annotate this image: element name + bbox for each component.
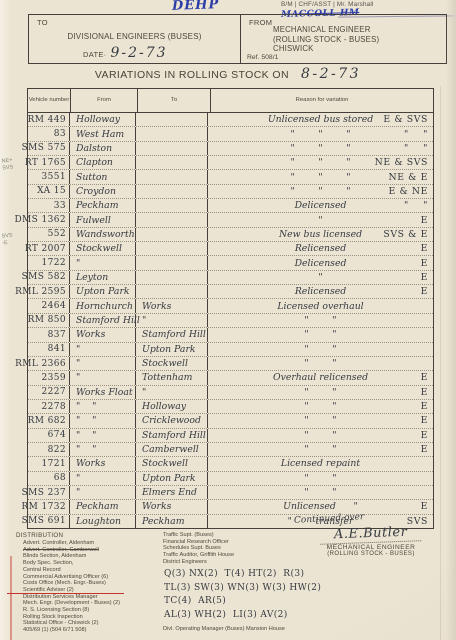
distribution-item: Traffic Auditor, Griffith House	[163, 552, 303, 559]
reason-cell: RelicensedE	[208, 285, 433, 298]
ref-number: Ref. 508/1	[247, 54, 278, 61]
reason-text: " "	[304, 444, 336, 455]
from-label: FROM	[249, 18, 272, 27]
to-cell	[136, 142, 208, 155]
vehicle-number-cell: RML 2366	[28, 357, 70, 370]
reason-cell: DelicensedE	[208, 256, 433, 269]
to-cell: Works	[136, 299, 208, 312]
variation-code: " "	[404, 129, 428, 140]
table-row: RM 682" "Cricklewood" "E	[28, 414, 433, 428]
reason-cell: " "	[208, 357, 433, 370]
reason-text: " "	[304, 430, 336, 441]
table-row: 68"Upton Park" "	[28, 472, 433, 486]
distribution-item: Commercial Advertising Officer (6)	[16, 574, 166, 581]
reason-text: Licensed repaint	[281, 458, 360, 469]
to-cell: Tottenham	[136, 371, 208, 384]
variation-code: E	[421, 444, 428, 455]
garage-code-line: Q(3) NX(2) T(4) HT(2) R(3)	[164, 568, 324, 582]
reason-text: " "	[304, 315, 336, 326]
from-cell: Works	[70, 457, 136, 470]
from-cell: "	[70, 371, 136, 384]
reason-cell: " " "E & NE	[208, 185, 433, 198]
table-row: 1721WorksStockwellLicensed repaint	[28, 457, 433, 471]
to-cell	[136, 156, 208, 169]
reason-cell: " "	[208, 486, 433, 499]
reason-text: " "	[304, 473, 336, 484]
reason-text: "	[318, 272, 322, 283]
reason-text: " "	[304, 358, 336, 369]
table-row: DMS 1362Fulwell"E	[28, 213, 433, 227]
variation-code: " "	[404, 200, 428, 211]
table-row: RM 1732PeckhamWorksUnlicensed "E	[28, 500, 433, 514]
vehicle-number-cell: SMS 237	[28, 486, 70, 499]
from-cell: "	[70, 256, 136, 269]
table-row: 841"Upton Park" "	[28, 343, 433, 357]
from-cell: Leyton	[70, 271, 136, 284]
distribution-item: Central Record	[16, 567, 166, 574]
from-cell: Hornchurch	[70, 299, 136, 312]
variation-code: E & NE	[389, 186, 429, 197]
to-cell: Stamford Hill	[136, 328, 208, 341]
vehicle-number-cell: 2227	[28, 386, 70, 399]
reason-cell: " "	[208, 328, 433, 341]
date-label: DATE·	[83, 50, 106, 59]
form-title-row: VARIATIONS IN ROLLING STOCK ON 8-2-73	[0, 66, 456, 82]
variation-code: E	[421, 372, 428, 383]
distribution-item: R. S. Licensing Section (8)	[16, 607, 166, 614]
table-row: RML 2595Upton ParkRelicensedE	[28, 285, 433, 299]
from-section: FROM MECHANICAL ENGINEER (ROLLING STOCK …	[241, 15, 446, 63]
vehicle-number-cell: 822	[28, 443, 70, 456]
table-row: 822" "Camberwell" "E	[28, 443, 433, 457]
from-line: (ROLLING STOCK - BUSES)	[273, 35, 379, 45]
reason-text: " " "	[290, 172, 350, 183]
reason-cell: " " "" "	[208, 127, 433, 140]
to-cell	[136, 242, 208, 255]
distribution-item: Schedules Supt. Buses	[163, 545, 303, 552]
signature-subtitle: (ROLLING STOCK - BUSES)	[296, 551, 446, 557]
to-cell	[136, 127, 208, 140]
reason-text: " "	[304, 387, 336, 398]
distribution-item: Body Spec. Section,	[16, 560, 166, 567]
to-cell: Elmers End	[136, 486, 208, 499]
from-line: CHISWICK	[273, 44, 379, 54]
distribution-item: Financial Research Officer	[163, 539, 303, 546]
garage-code-line: TC(4) AR(5)	[164, 595, 324, 609]
vehicle-number-cell: 674	[28, 429, 70, 442]
to-cell	[136, 199, 208, 212]
to-cell: Holloway	[136, 400, 208, 413]
distribution-item: Statistical Office - Chiswick (2)	[16, 620, 166, 627]
reason-cell: Overhaul relicensedE	[208, 371, 433, 384]
variation-code: E	[421, 286, 428, 297]
distribution-item: Blinds Section, Aldenham	[16, 553, 166, 560]
reason-cell: "E	[208, 213, 433, 226]
to-label: TO	[37, 18, 48, 27]
from-cell: " "	[70, 429, 136, 442]
reason-cell: "E	[208, 271, 433, 284]
reason-cell: " "	[208, 472, 433, 485]
vehicle-number-cell: RT 1765	[28, 156, 70, 169]
garage-codes: Q(3) NX(2) T(4) HT(2) R(3)TL(3) SW(3) WN…	[164, 568, 324, 622]
to-cell	[136, 113, 208, 126]
vehicle-number-cell: 837	[28, 328, 70, 341]
column-header-from: From	[71, 89, 138, 112]
variation-code: E	[421, 272, 428, 283]
distribution-list-left: Advert. Controller, AldenhamAdvert. Cont…	[16, 540, 166, 634]
rolling-stock-table: Vehicle number From To Reason for variat…	[27, 88, 434, 529]
reason-text: Overhaul relicensed	[273, 372, 368, 383]
reason-text: " "	[304, 344, 336, 355]
reason-text: " "	[304, 401, 336, 412]
distribution-item: Advert. Controller, Aldenham	[16, 540, 166, 547]
distribution-item: Costs Office (Mech. Engr.-Buses)	[16, 580, 166, 587]
to-value: DIVISIONAL ENGINEERS (BUSES)	[29, 32, 240, 41]
vehicle-number-cell: 68	[28, 472, 70, 485]
vehicle-number-cell: 33	[28, 199, 70, 212]
vehicle-number-cell: XA 15	[28, 185, 70, 198]
variation-code: NE & SVS	[375, 157, 428, 168]
vehicle-number-cell: 2278	[28, 400, 70, 413]
distribution-list-right: Traffic Supt. (Buses)Financial Research …	[163, 532, 303, 566]
signature-block: A.E.Butler MECHANICAL ENGINEER (ROLLING …	[296, 524, 446, 557]
operating-manager-line: Divl. Operating Manager (Buses) Mansion …	[163, 626, 285, 632]
variation-code: E	[421, 430, 428, 441]
reason-cell: " "E	[208, 429, 433, 442]
distribution-item: Traffic Supt. (Buses)	[163, 532, 303, 539]
table-row: 2464HornchurchWorksLicensed overhaul	[28, 299, 433, 313]
to-cell: Stamford Hill	[136, 429, 208, 442]
from-cell: Peckham	[70, 199, 136, 212]
from-cell: " "	[70, 443, 136, 456]
vehicle-number-cell: 2464	[28, 299, 70, 312]
variation-code: SVS & E	[383, 229, 428, 240]
table-header: Vehicle number From To Reason for variat…	[28, 89, 433, 113]
to-cell: Peckham	[136, 515, 208, 528]
table-row: SMS 582Leyton"E	[28, 271, 433, 285]
reason-cell: " "	[208, 343, 433, 356]
reason-cell: " " "" "	[208, 142, 433, 155]
address-box: TO DIVISIONAL ENGINEERS (BUSES) DATE· 9-…	[28, 14, 447, 64]
reason-text: "	[318, 215, 322, 226]
variation-code: E	[421, 387, 428, 398]
table-row: 674" "Stamford Hill" "E	[28, 429, 433, 443]
pencil-routing-note: B/M | CHF/ASST | Mr. Marshall	[281, 1, 374, 8]
to-cell: Upton Park	[136, 343, 208, 356]
reason-cell: Unlicensed bus storedE & SVS	[208, 113, 433, 126]
from-address: MECHANICAL ENGINEER (ROLLING STOCK - BUS…	[273, 25, 379, 54]
from-cell: "	[70, 343, 136, 356]
reason-text: " "	[304, 329, 336, 340]
distribution-section: DISTRIBUTION Advert. Controller, Aldenha…	[16, 532, 166, 634]
reason-cell: Delicensed" "	[208, 199, 433, 212]
margin-pencil-note: SVS -E	[1, 232, 13, 246]
reason-cell: " " "NE & SVS	[208, 156, 433, 169]
reason-text: " "	[304, 415, 336, 426]
table-row: RM 449HollowayUnlicensed bus storedE & S…	[28, 113, 433, 127]
reason-text: Unlicensed bus stored	[268, 114, 373, 125]
table-row: SMS 575Dalston" " "" "	[28, 142, 433, 156]
to-cell	[136, 285, 208, 298]
reason-cell: RelicensedE	[208, 242, 433, 255]
column-header-reason: Reason for variation	[211, 89, 433, 112]
variation-code: " "	[404, 143, 428, 154]
distribution-item: Rolling Stock Inspection	[16, 614, 166, 621]
table-row: XA 15Croydon" " "E & NE	[28, 185, 433, 199]
table-row: RT 2007StockwellRelicensedE	[28, 242, 433, 256]
vehicle-number-cell: RM 1732	[28, 500, 70, 513]
to-cell	[136, 271, 208, 284]
table-row: SMS 237"Elmers End" "	[28, 486, 433, 500]
variation-date: 8-2-73	[301, 66, 361, 82]
distribution-item: Mech. Engr. (Development - Buses) (2)	[16, 600, 166, 607]
reason-cell: Licensed repaint	[208, 457, 433, 470]
reason-text: " " "	[290, 186, 350, 197]
reason-cell: " "E	[208, 400, 433, 413]
from-cell: Works	[70, 328, 136, 341]
vehicle-number-cell: 83	[28, 127, 70, 140]
table-row: RML 2366"Stockwell" "	[28, 357, 433, 371]
reason-text: Delicensed	[295, 258, 347, 269]
column-header-to: To	[138, 89, 211, 112]
reason-text: " "	[304, 487, 336, 498]
distribution-item: Scientific Adviser (2)	[16, 587, 166, 594]
from-cell: Loughton	[70, 515, 136, 528]
vehicle-number-cell: RML 2595	[28, 285, 70, 298]
from-cell: Holloway	[70, 113, 136, 126]
distribution-item: District Engineers	[163, 559, 303, 566]
signature-title: MECHANICAL ENGINEER	[296, 544, 446, 551]
garage-code-line: TL(3) SW(3) WN(3) W(3) HW(2)	[164, 582, 324, 596]
table-row: 837WorksStamford Hill" "	[28, 328, 433, 342]
to-cell	[136, 213, 208, 226]
from-cell: West Ham	[70, 127, 136, 140]
to-cell: Works	[136, 500, 208, 513]
form-title: VARIATIONS IN ROLLING STOCK ON	[95, 69, 289, 81]
reason-text: New bus licensed	[279, 229, 362, 240]
to-cell: Upton Park	[136, 472, 208, 485]
margin-pencil-note: NE+ SVS	[1, 157, 13, 171]
reason-text: " " "	[290, 143, 350, 154]
vehicle-number-cell: RM 682	[28, 414, 70, 427]
variation-code: E & SVS	[383, 114, 428, 125]
to-cell	[136, 170, 208, 183]
reason-cell: " " "NE & E	[208, 170, 433, 183]
from-cell: "	[70, 357, 136, 370]
signature: A.E.Butler	[320, 524, 422, 545]
to-cell: Camberwell	[136, 443, 208, 456]
vehicle-number-cell: SMS 582	[28, 271, 70, 284]
red-margin-line	[10, 556, 12, 640]
table-row: 2359"TottenhamOverhaul relicensedE	[28, 371, 433, 385]
reason-cell: " "E	[208, 443, 433, 456]
from-cell: Wandsworth	[70, 228, 136, 241]
from-cell: Stamford Hill	[70, 314, 136, 327]
vehicle-number-cell: 1721	[28, 457, 70, 470]
distribution-item: Advert. Controller, Camberwell	[16, 547, 166, 554]
vehicle-number-cell: 1722	[28, 256, 70, 269]
from-cell: Stockwell	[70, 242, 136, 255]
vehicle-number-cell: 552	[28, 228, 70, 241]
from-cell: " "	[70, 414, 136, 427]
variation-code: E	[421, 215, 428, 226]
handwritten-routing-note: DEHP	[172, 0, 220, 14]
from-cell: " "	[70, 400, 136, 413]
from-cell: Dalston	[70, 142, 136, 155]
reason-text: Relicensed	[295, 243, 346, 254]
from-cell: Sutton	[70, 170, 136, 183]
to-section: TO DIVISIONAL ENGINEERS (BUSES) DATE· 9-…	[29, 15, 241, 63]
variation-code: E	[421, 415, 428, 426]
reason-cell: Unlicensed "E	[208, 500, 433, 513]
vehicle-number-cell: 2359	[28, 371, 70, 384]
rolling-stock-table-body: RM 449HollowayUnlicensed bus storedE & S…	[28, 113, 433, 528]
reason-text: Delicensed	[295, 200, 347, 211]
distribution-item: 405/69 (1) (504 6/71 508)	[16, 627, 166, 634]
vehicle-number-cell: 3551	[28, 170, 70, 183]
table-row: RM 850Stamford Hill"" "	[28, 314, 433, 328]
to-cell: "	[136, 314, 208, 327]
reason-text: " " "	[290, 157, 350, 168]
variation-code: E	[421, 401, 428, 412]
vehicle-number-cell: RT 2007	[28, 242, 70, 255]
reason-cell: " "E	[208, 414, 433, 427]
vehicle-number-cell: RM 449	[28, 113, 70, 126]
from-cell: Works Float	[70, 386, 136, 399]
to-cell	[136, 256, 208, 269]
variation-code: E	[421, 501, 428, 512]
reason-cell: " "	[208, 314, 433, 327]
reason-text: " " "	[290, 129, 350, 140]
vehicle-number-cell: 841	[28, 343, 70, 356]
column-header-vehicle: Vehicle number	[28, 89, 71, 112]
table-row: 552WandsworthNew bus licensedSVS & E	[28, 228, 433, 242]
from-cell: Upton Park	[70, 285, 136, 298]
from-cell: Fulwell	[70, 213, 136, 226]
vehicle-number-cell: SMS 691	[28, 515, 70, 528]
table-row: 1722"DelicensedE	[28, 256, 433, 270]
date-line: DATE· 9-2-73	[83, 45, 168, 61]
from-cell: Peckham	[70, 500, 136, 513]
from-cell: Clapton	[70, 156, 136, 169]
from-cell: Croydon	[70, 185, 136, 198]
variation-code: E	[421, 243, 428, 254]
reason-text: Relicensed	[295, 286, 346, 297]
reason-cell: " "E	[208, 386, 433, 399]
table-row: 3551Sutton" " "NE & E	[28, 170, 433, 184]
reason-cell: Licensed overhaul	[208, 299, 433, 312]
table-row: RT 1765Clapton" " "NE & SVS	[28, 156, 433, 170]
to-cell: "	[136, 386, 208, 399]
table-row: 2278" "Holloway" "E	[28, 400, 433, 414]
reason-text: Unlicensed "	[283, 501, 358, 512]
variation-code: E	[421, 258, 428, 269]
from-cell: "	[70, 486, 136, 499]
distribution-title: DISTRIBUTION	[16, 532, 166, 539]
reason-text: Licensed overhaul	[277, 301, 363, 312]
to-cell: Stockwell	[136, 457, 208, 470]
from-cell: "	[70, 472, 136, 485]
variation-code: NE & E	[389, 172, 429, 183]
reason-cell: New bus licensedSVS & E	[208, 228, 433, 241]
to-cell	[136, 185, 208, 198]
vehicle-number-cell: DMS 1362	[28, 213, 70, 226]
table-row: 83West Ham" " "" "	[28, 127, 433, 141]
to-cell	[136, 228, 208, 241]
scanned-form-page: DEHP B/M | CHF/ASST | Mr. Marshall MACCO…	[0, 0, 456, 640]
from-line: MECHANICAL ENGINEER	[273, 25, 379, 35]
distribution-item: Distribution Services Manager	[16, 594, 166, 601]
vehicle-number-cell: SMS 575	[28, 142, 70, 155]
table-row: 33PeckhamDelicensed" "	[28, 199, 433, 213]
date-value: 9-2-73	[110, 45, 167, 61]
to-cell: Stockwell	[136, 357, 208, 370]
table-row: 2227Works Float"" "E	[28, 386, 433, 400]
vehicle-number-cell: RM 850	[28, 314, 70, 327]
garage-code-line: AL(3) WH(2) LI(3) AV(2)	[164, 609, 324, 623]
to-cell: Cricklewood	[136, 414, 208, 427]
